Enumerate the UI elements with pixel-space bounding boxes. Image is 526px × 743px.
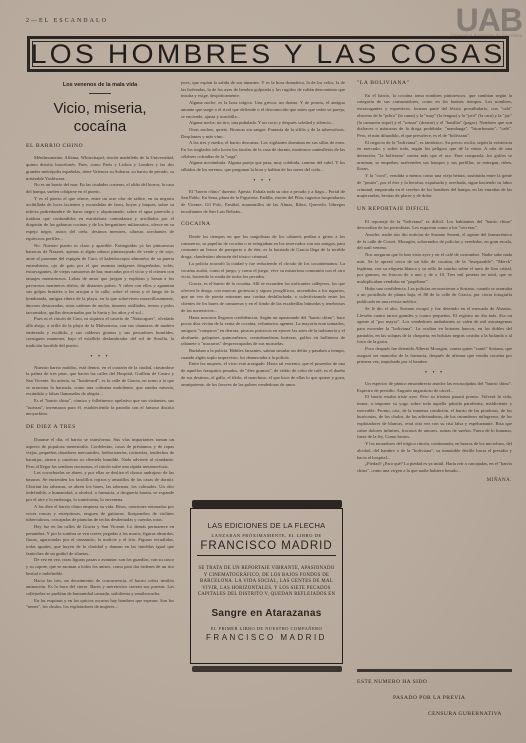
- paragraph: Es el "barrio chino", cómico y folletine…: [26, 398, 174, 418]
- article-column-2: jeres, que espían la salida de sus amant…: [181, 80, 345, 498]
- censorship-line-1: ESTE NUMERO HA SIDO: [357, 679, 427, 685]
- section-dots: • • •: [26, 354, 174, 361]
- masthead-title: LOS HOMBRES Y LAS COSAS: [31, 39, 506, 70]
- subhead-la-boliviana: "LA BOLIVIANA": [357, 80, 512, 87]
- paragraph: El negocio de la "boliviana", es fantást…: [357, 140, 512, 174]
- paragraph: Un espectro de pánico ensombrecía anoche…: [357, 381, 512, 394]
- paragraph: El barrio estaba triste ayer. Pero su tr…: [357, 394, 512, 441]
- paragraph: Alguna noche, es la hora trágica. Una gr…: [181, 100, 345, 120]
- subhead-cocaina: COCAINA: [181, 221, 345, 228]
- paragraph: Entre las mujeres, el vicio está arraiga…: [181, 361, 345, 388]
- censorship-line-3: CENSURA GUBERNATIVA: [428, 711, 502, 717]
- paragraph: De vez en vez, otras figuras pasan o ava…: [26, 557, 174, 577]
- ad-book-title: Sangre en Atarazanas: [197, 608, 336, 619]
- subhead-de-diez-a-tres: DE DIEZ A TRES: [26, 424, 174, 431]
- censorship-line-2: PASADO POR LA PREVIA: [393, 695, 465, 701]
- ad-top-bar: [192, 500, 342, 508]
- ad-bottom-bar: [192, 666, 342, 672]
- paragraph: No es un barrio del mar. En las ciudades…: [26, 182, 174, 195]
- paragraph: Y es el puerto el que ofrece, entre un a…: [26, 196, 174, 243]
- uab-logo-mark: UAB: [450, 6, 522, 34]
- article-headline: Vicio, miseria, cocaína: [26, 100, 174, 136]
- paragraph: El reportaje de la "boliviana" es difíci…: [357, 219, 512, 232]
- paragraph: Anoche, nadie nos dio noticias de Sorian…: [357, 232, 512, 252]
- ad-body: SE TRATA DE UN REPORTAJE VIBRANTE, APASI…: [197, 566, 336, 599]
- running-head: 2—EL ESCANDALO: [26, 18, 108, 24]
- paragraph: Las covachuelas se abren, y por ellas se…: [26, 470, 174, 504]
- section-dots: • • •: [357, 370, 512, 377]
- paragraph: Nuestro barrio maldito, está dentro, en …: [26, 365, 174, 399]
- censorship-divider: [357, 669, 512, 672]
- author-signature: MIÑANA.: [357, 478, 512, 485]
- paragraph: El "barrio chino" duerme. Apesta. Exhala…: [181, 189, 345, 216]
- paragraph: A las diez el barrio chino empieza su vi…: [26, 504, 174, 524]
- ad-announce: LANZARAN PRÓXIMAMENTE, EL LIBRO DE: [197, 533, 336, 538]
- paragraph: Y los moradores del trágico rincón, cont…: [357, 441, 512, 461]
- paragraph: ¿Piedad? ¿Para qué? La piedad es ya inút…: [357, 461, 512, 474]
- article-kicker: Los venenos de la mala vida: [26, 82, 174, 89]
- paragraph: Desde los tiempos en que los tangolistas…: [181, 234, 345, 261]
- section-dots: • • •: [181, 178, 345, 185]
- uab-logo: UAB Universitat Autònoma de Barcelona: [450, 6, 522, 39]
- paragraph: jeres, que espían la salida de sus amant…: [181, 80, 345, 100]
- paragraph: A las tres y media, el barrio descansa. …: [181, 140, 345, 160]
- section-masthead: LOS HOMBRES Y LAS COSAS: [27, 36, 509, 72]
- subhead-barrio-chino: EL BARRIO CHINO: [26, 143, 174, 150]
- paragraph: Otras noches, quieto. Broncas sin sangre…: [181, 127, 345, 140]
- paragraph: Durante el día, el barrio se transforma.…: [26, 437, 174, 471]
- kicker-divider: [89, 93, 111, 94]
- article-column-3: "LA BOLIVIANA" En el barrio, la cocaína …: [357, 74, 512, 664]
- paragraph: En las esquinas y en los quicios oscuros…: [26, 598, 174, 611]
- paragraph: Se le dio el alto, Soriano escapó y fue …: [357, 306, 512, 346]
- newspaper-page: 2—EL ESCANDALO UAB Universitat Autònoma …: [0, 0, 526, 743]
- ad-author: FRANCISCO MADRID: [197, 540, 336, 556]
- article-column-1: Los venenos de la mala vida Vicio, miser…: [26, 80, 174, 730]
- paragraph: Hubo una confidencia. Los policías recon…: [357, 286, 512, 306]
- ad-companion: EL PRIMER LIBRO DE NUESTRO COMPAÑERO: [197, 626, 336, 631]
- paragraph: Hasta nosotros llegaron confidencias. Se…: [181, 315, 345, 349]
- paragraph: La policía acorraló la ciudad y fue redu…: [181, 261, 345, 281]
- paragraph: Nos aseguran que lo han visto ayer y en …: [357, 252, 512, 286]
- paragraph: Burlaban a la policía. Hábiles farsantes…: [181, 348, 345, 361]
- book-advertisement: LAS EDICIONES DE LA FLECHA LANZARAN PRÓX…: [190, 508, 343, 664]
- ad-publisher: LAS EDICIONES DE LA FLECHA: [197, 521, 336, 530]
- paragraph: Hay luz en las calles de Gracia y San Vi…: [26, 524, 174, 558]
- paragraph: Ménilmontaine, Alfama, Whitechapel, rinc…: [26, 155, 174, 182]
- paragraph: No. Nuestro puerto es claro y apacible. …: [26, 243, 174, 317]
- paragraph: Poco después fue detenido Alberto Moragó…: [357, 346, 512, 366]
- ad-author-footer: FRANCISCO MADRID: [197, 633, 336, 642]
- paragraph: Alguna noctámbula. Alguna pareja que pas…: [181, 160, 345, 173]
- paragraph: En el barrio, la cocaína toma nombres pi…: [357, 93, 512, 140]
- paragraph: Alguna noche, un tiro, una puñalada. Y u…: [181, 120, 345, 127]
- subhead-reportaje-dificil: UN REPORTAJE DIFICIL: [357, 206, 512, 213]
- paragraph: Hacia las tres, un decaimiento de concur…: [26, 578, 174, 598]
- paragraph: Y la "cocó", vendida a menos como una vi…: [357, 173, 512, 200]
- paragraph: Pues ni el rincón de Caro, ni siquiera e…: [26, 316, 174, 350]
- paragraph: Gracia, es el barrio de la cocaína. Allí…: [181, 281, 345, 315]
